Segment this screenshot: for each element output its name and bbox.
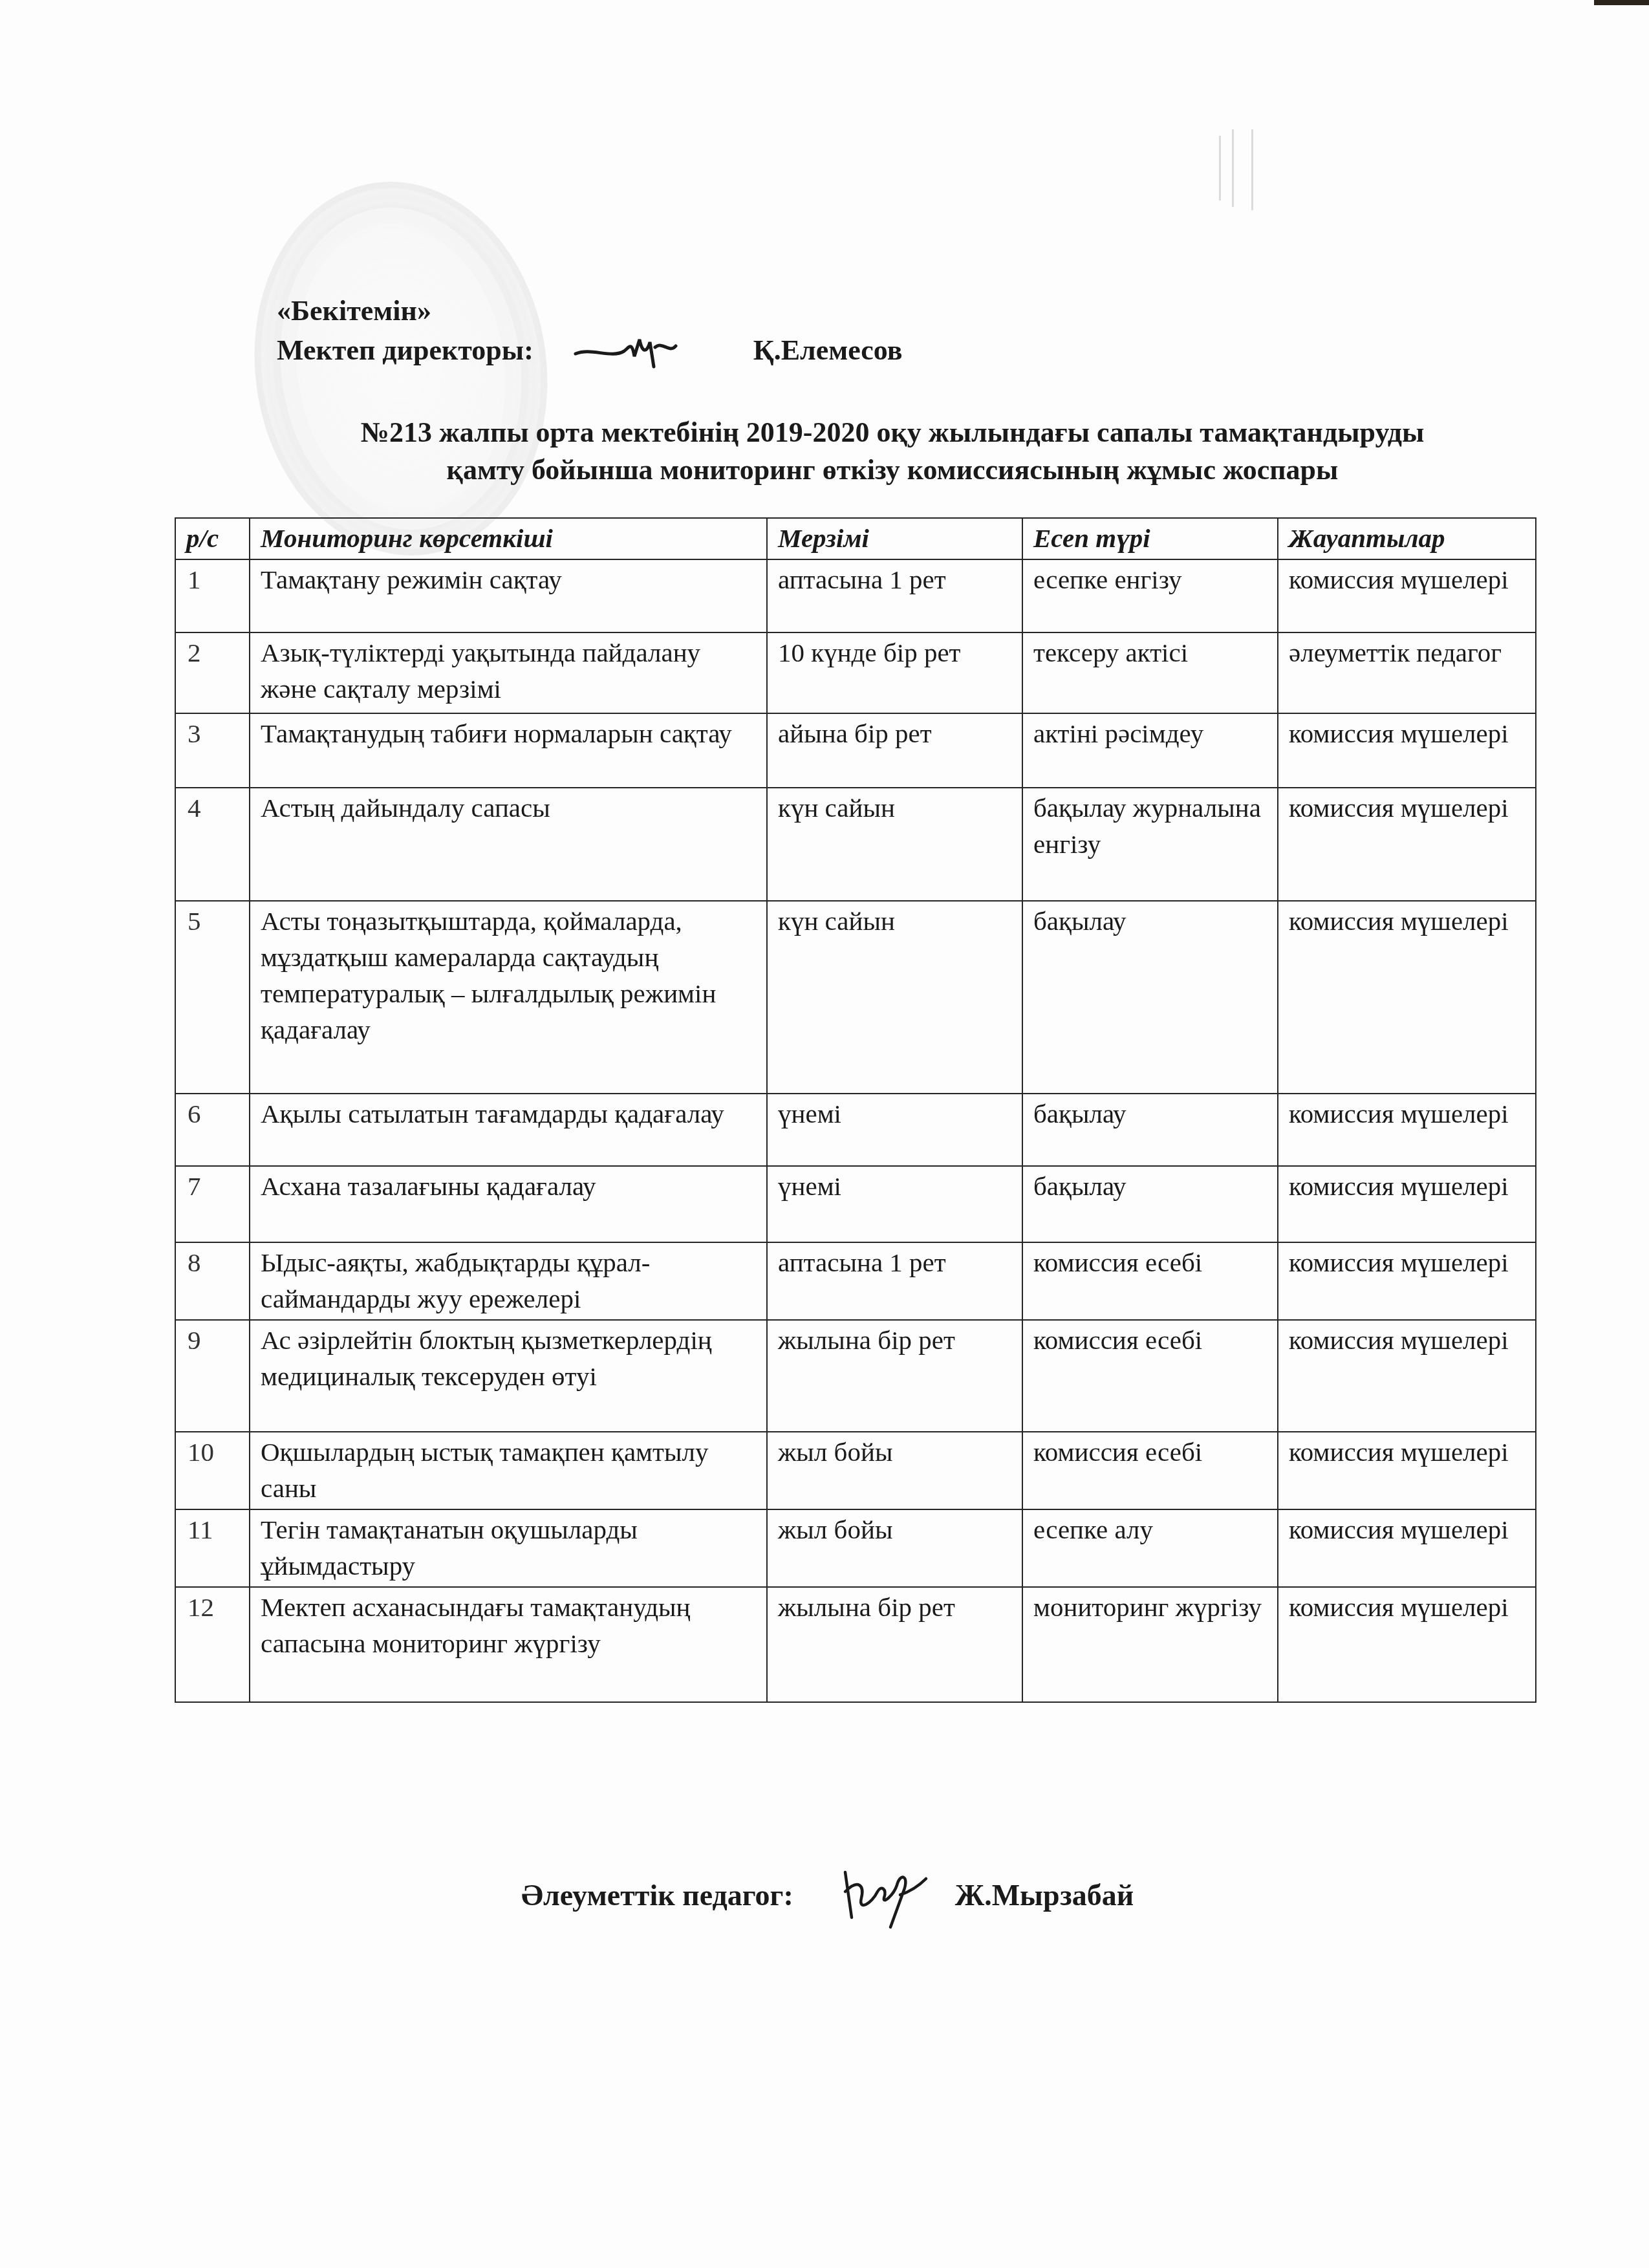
cell-report-type: бақылау [1022,901,1278,1094]
cell-responsible: комиссия мүшелері [1278,1509,1536,1587]
cell-report-type: комиссия есебі [1022,1320,1278,1432]
cell-indicator: Ақылы сатылатын тағамдарды қадағалау [250,1094,767,1166]
cell-responsible: әлеуметтік педагог [1278,632,1536,713]
cell-term: күн сайын [767,788,1022,901]
title-line-2: қамту бойынша мониторинг өткізу комиссия… [285,451,1500,489]
table-row: 10Оқшылардың ыстық тамақпен қамтылу саны… [175,1432,1536,1509]
title-line-1: №213 жалпы орта мектебінің 2019-2020 оқу… [361,416,1425,448]
cell-report-type: есепке алу [1022,1509,1278,1587]
cell-term: жылына бір рет [767,1587,1022,1702]
cell-number: 2 [175,632,250,713]
cell-report-type: тексеру актісі [1022,632,1278,713]
cell-indicator: Оқшылардың ыстық тамақпен қамтылу саны [250,1432,767,1509]
cell-number: 3 [175,713,250,788]
cell-term: жылына бір рет [767,1320,1022,1432]
monitoring-plan-table: р/с Мониторинг көрсеткіші Мерзімі Есеп т… [175,517,1536,1703]
table-row: 12Мектеп асханасындағы тамақтанудың сапа… [175,1587,1536,1702]
header-number: р/с [175,518,250,559]
scan-edge-mark [1594,0,1649,5]
director-label: Мектеп директоры: [277,334,533,367]
cell-responsible: комиссия мүшелері [1278,713,1536,788]
cell-number: 12 [175,1587,250,1702]
cell-indicator: Тамақтанудың табиғи нормаларын сақтау [250,713,767,788]
cell-indicator: Тегін тамақтанатын оқушыларды ұйымдастыр… [250,1509,767,1587]
cell-term: жыл бойы [767,1432,1022,1509]
cell-indicator: Ыдыс-аяқты, жабдықтарды құрал-саймандард… [250,1242,767,1320]
cell-number: 7 [175,1166,250,1242]
cell-indicator: Ас әзірлейтін блоктың қызметкерлердің ме… [250,1320,767,1432]
cell-report-type: комиссия есебі [1022,1432,1278,1509]
cell-indicator: Асты тоңазытқыштарда, қоймаларда, мұздат… [250,901,767,1094]
cell-term: жыл бойы [767,1509,1022,1587]
cell-indicator: Азық-түліктерді уақытында пайдалану және… [250,632,767,713]
cell-term: үнемі [767,1094,1022,1166]
director-signature-icon [572,328,682,373]
cell-responsible: комиссия мүшелері [1278,1242,1536,1320]
cell-indicator: Тамақтану режимін сақтау [250,559,767,632]
footer-name: Ж.Мырзабай [955,1878,1134,1912]
cell-term: айына бір рет [767,713,1022,788]
approval-block: «Бекітемін» Мектеп директоры: Қ.Елемесов [277,294,903,373]
header-term: Мерзімі [767,518,1022,559]
table-header-row: р/с Мониторинг көрсеткіші Мерзімі Есеп т… [175,518,1536,559]
cell-number: 4 [175,788,250,901]
scan-streak [1219,136,1221,200]
header-indicator: Мониторинг көрсеткіші [250,518,767,559]
cell-term: аптасына 1 рет [767,1242,1022,1320]
cell-indicator: Асхана тазалағыны қадағалау [250,1166,767,1242]
cell-number: 1 [175,559,250,632]
table-row: 9Ас әзірлейтін блоктың қызметкерлердің м… [175,1320,1536,1432]
cell-report-type: актіні рәсімдеу [1022,713,1278,788]
table-row: 6Ақылы сатылатын тағамдарды қадағалауүне… [175,1094,1536,1166]
cell-responsible: комиссия мүшелері [1278,1094,1536,1166]
table-row: 2Азық-түліктерді уақытында пайдалану жән… [175,632,1536,713]
cell-term: аптасына 1 рет [767,559,1022,632]
cell-number: 6 [175,1094,250,1166]
cell-indicator: Мектеп асханасындағы тамақтанудың сапасы… [250,1587,767,1702]
cell-responsible: комиссия мүшелері [1278,901,1536,1094]
cell-indicator: Астың дайындалу сапасы [250,788,767,901]
document-title: №213 жалпы орта мектебінің 2019-2020 оқу… [285,414,1500,489]
cell-number: 5 [175,901,250,1094]
table-row: 5Асты тоңазытқыштарда, қоймаларда, мұзда… [175,901,1536,1094]
cell-responsible: комиссия мүшелері [1278,1320,1536,1432]
director-name: Қ.Елемесов [753,334,903,367]
cell-report-type: бақылау журналына енгізу [1022,788,1278,901]
header-report-type: Есеп түрі [1022,518,1278,559]
cell-number: 10 [175,1432,250,1509]
cell-responsible: комиссия мүшелері [1278,788,1536,901]
cell-number: 11 [175,1509,250,1587]
cell-number: 9 [175,1320,250,1432]
footer-signature-block: Әлеуметтік педагог: Ж.Мырзабай [521,1859,1134,1930]
cell-report-type: комиссия есебі [1022,1242,1278,1320]
cell-term: күн сайын [767,901,1022,1094]
pedagogue-signature-icon [832,1859,929,1930]
scan-streak [1251,129,1253,210]
cell-responsible: комиссия мүшелері [1278,559,1536,632]
cell-responsible: комиссия мүшелері [1278,1432,1536,1509]
table-row: 8Ыдыс-аяқты, жабдықтарды құрал-саймандар… [175,1242,1536,1320]
cell-term: үнемі [767,1166,1022,1242]
cell-term: 10 күнде бір рет [767,632,1022,713]
table-row: 4Астың дайындалу сапасыкүн сайынбақылау … [175,788,1536,901]
scan-streak [1232,129,1234,207]
cell-report-type: есепке енгізу [1022,559,1278,632]
table-row: 11Тегін тамақтанатын оқушыларды ұйымдаст… [175,1509,1536,1587]
footer-role-label: Әлеуметтік педагог: [521,1878,793,1912]
cell-responsible: комиссия мүшелері [1278,1166,1536,1242]
cell-number: 8 [175,1242,250,1320]
cell-responsible: комиссия мүшелері [1278,1587,1536,1702]
cell-report-type: мониторинг жүргізу [1022,1587,1278,1702]
approve-label: «Бекітемін» [277,294,903,328]
header-responsible: Жауаптылар [1278,518,1536,559]
cell-report-type: бақылау [1022,1166,1278,1242]
table-row: 1Тамақтану режимін сақтауаптасына 1 рете… [175,559,1536,632]
cell-report-type: бақылау [1022,1094,1278,1166]
table-row: 3Тамақтанудың табиғи нормаларын сақтауай… [175,713,1536,788]
table-row: 7Асхана тазалағыны қадағалауүнемібақылау… [175,1166,1536,1242]
